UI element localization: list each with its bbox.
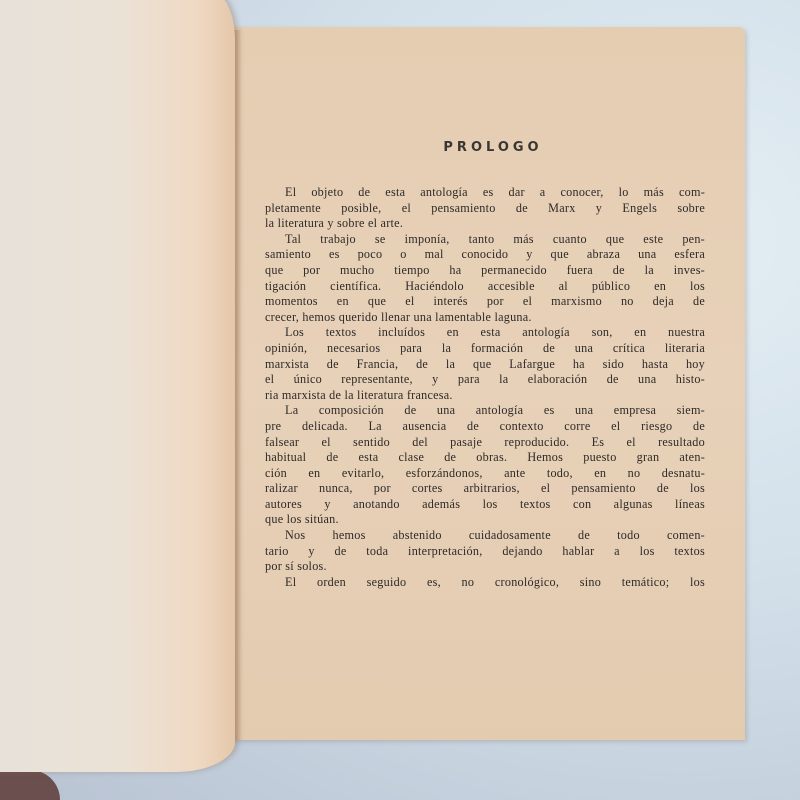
- text-line: tario y de toda interpretación, dejando …: [265, 544, 705, 560]
- text-line: pre delicada. La ausencia de contexto co…: [265, 419, 705, 435]
- left-page-blank: [0, 0, 235, 772]
- text-line: Nos hemos abstenido cuidadosamente de to…: [265, 528, 705, 544]
- text-line: pletamente posible, el pensamiento de Ma…: [265, 201, 705, 217]
- text-line: ria marxista de la literatura francesa.: [265, 388, 705, 404]
- text-line: autores y anotando además los textos con…: [265, 497, 705, 513]
- text-line: tigación científica. Haciéndolo accesibl…: [265, 279, 705, 295]
- text-line: falsear el sentido del pasaje reproducid…: [265, 435, 705, 451]
- text-line: La composición de una antología es una e…: [265, 403, 705, 419]
- text-line: la literatura y sobre el arte.: [265, 216, 705, 232]
- text-line: Los textos incluídos en esta antología s…: [265, 325, 705, 341]
- text-line: habitual de esta clase de obras. Hemos p…: [265, 450, 705, 466]
- paragraph: El orden seguido es, no cronológico, sin…: [265, 575, 705, 591]
- text-line: que los sitúan.: [265, 512, 705, 528]
- text-line: samiento es poco o mal conocido y que ab…: [265, 247, 705, 263]
- text-line: ralizar nunca, por cortes arbitrarios, e…: [265, 481, 705, 497]
- text-line: marxista de Francia, de la que Lafargue …: [265, 357, 705, 373]
- prologue-body: El objeto de esta antología es dar a con…: [265, 185, 705, 590]
- text-line: opinión, necesarios para la formación de…: [265, 341, 705, 357]
- paragraph: Los textos incluídos en esta antología s…: [265, 325, 705, 403]
- page-title: PROLOGO: [265, 140, 705, 155]
- text-line: momentos en que el interés por el marxis…: [265, 294, 705, 310]
- paragraph: La composición de una antología es una e…: [265, 403, 705, 528]
- text-line: El orden seguido es, no cronológico, sin…: [265, 575, 705, 591]
- text-line: crecer, hemos querido llenar una lamenta…: [265, 310, 705, 326]
- text-line: El objeto de esta antología es dar a con…: [265, 185, 705, 201]
- prologue-text-block: PROLOGO El objeto de esta antología es d…: [265, 140, 705, 590]
- text-line: por sí solos.: [265, 559, 705, 575]
- text-line: ción en evitarlo, esforzándonos, ante to…: [265, 466, 705, 482]
- text-line: que por mucho tiempo ha permanecido fuer…: [265, 263, 705, 279]
- paragraph: Tal trabajo se imponía, tanto más cuanto…: [265, 232, 705, 326]
- paragraph: Nos hemos abstenido cuidadosamente de to…: [265, 528, 705, 575]
- paragraph: El objeto de esta antología es dar a con…: [265, 185, 705, 232]
- text-line: Tal trabajo se imponía, tanto más cuanto…: [265, 232, 705, 248]
- text-line: el único representante, y para la elabor…: [265, 372, 705, 388]
